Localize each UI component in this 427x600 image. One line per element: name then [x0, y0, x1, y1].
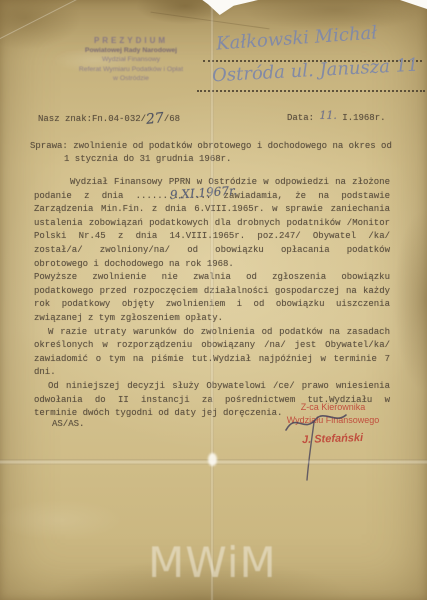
fold-wear-spot — [208, 453, 217, 466]
subject-line-1: Sprawa: zwolnienie od podatków obrotoweg… — [30, 141, 392, 151]
office-stamp-line: PREZYDIUM — [52, 36, 210, 46]
office-stamp: PREZYDIUM Powiatowej Rady Narodowej Wydz… — [52, 36, 210, 84]
subject-block: Sprawa: zwolnienie od podatków obrotoweg… — [30, 140, 410, 166]
paper-crease — [151, 12, 270, 30]
dotted-line — [197, 90, 425, 92]
reference-label: Nasz znak:Fn.04-032/ — [38, 114, 146, 124]
date-typed: I.1968r. — [337, 113, 386, 123]
signature-stamp: Z-ca Kierownika Wydziału Finansowego J. … — [262, 401, 404, 446]
office-stamp-line: w Ostródzie — [52, 74, 210, 84]
reference-number-handwritten: 27 — [145, 110, 164, 128]
body-paragraph-3: W razie utraty warunków do zwolnienia od… — [34, 326, 390, 380]
date-label: Data: — [287, 113, 319, 123]
fill-in-blank: ..............9.XI.1967r. — [136, 191, 212, 201]
office-stamp-line: Wydział Finansowy — [52, 55, 210, 65]
reference-number-suffix: /68 — [164, 114, 180, 124]
watermark: MWiM — [148, 538, 277, 587]
paper-tear-notch — [200, 0, 258, 15]
signer-name: J. Stefański — [302, 432, 364, 447]
letter-body: Wydział Finansowy PPRN w Ostródzie w odp… — [34, 176, 390, 421]
scanned-document-page: PREZYDIUM Powiatowej Rady Narodowej Wydz… — [0, 0, 427, 600]
body-paragraph-1: Wydział Finansowy PPRN w Ostródzie w odp… — [34, 176, 390, 271]
subject-line-2: 1 stycznia do 31 grudnia 1968r. — [30, 153, 410, 166]
handwritten-date-insert: 9.XI.1967r. — [133, 184, 237, 205]
paper-tear-corner — [400, 0, 427, 9]
signer-title-line: Z-ca Kierownika — [262, 401, 404, 414]
date-day-handwritten: 11. — [319, 109, 337, 122]
signer-title-line: Wydziału Finansowego — [262, 414, 404, 427]
fold-line-horizontal — [0, 459, 427, 465]
paragraph-text: zawiadamia, że na podstawie Zarządzenia … — [34, 191, 390, 269]
addressee-name-handwriting: Kałkowski Michał — [215, 22, 377, 54]
office-stamp-line: Referat Wymiaru Podatków i Opłat — [52, 65, 210, 75]
date-line: Data: 11. I.1968r. — [287, 110, 386, 123]
typist-initials: AS/AS. — [52, 419, 84, 429]
body-paragraph-2: Powyższe zwolnienie nie zwalnia od zgłos… — [34, 271, 390, 325]
office-stamp-line: Powiatowej Rady Narodowej — [52, 46, 210, 56]
reference-line: Nasz znak:Fn.04-032/27/68 Data: 11. I.19… — [38, 109, 408, 125]
